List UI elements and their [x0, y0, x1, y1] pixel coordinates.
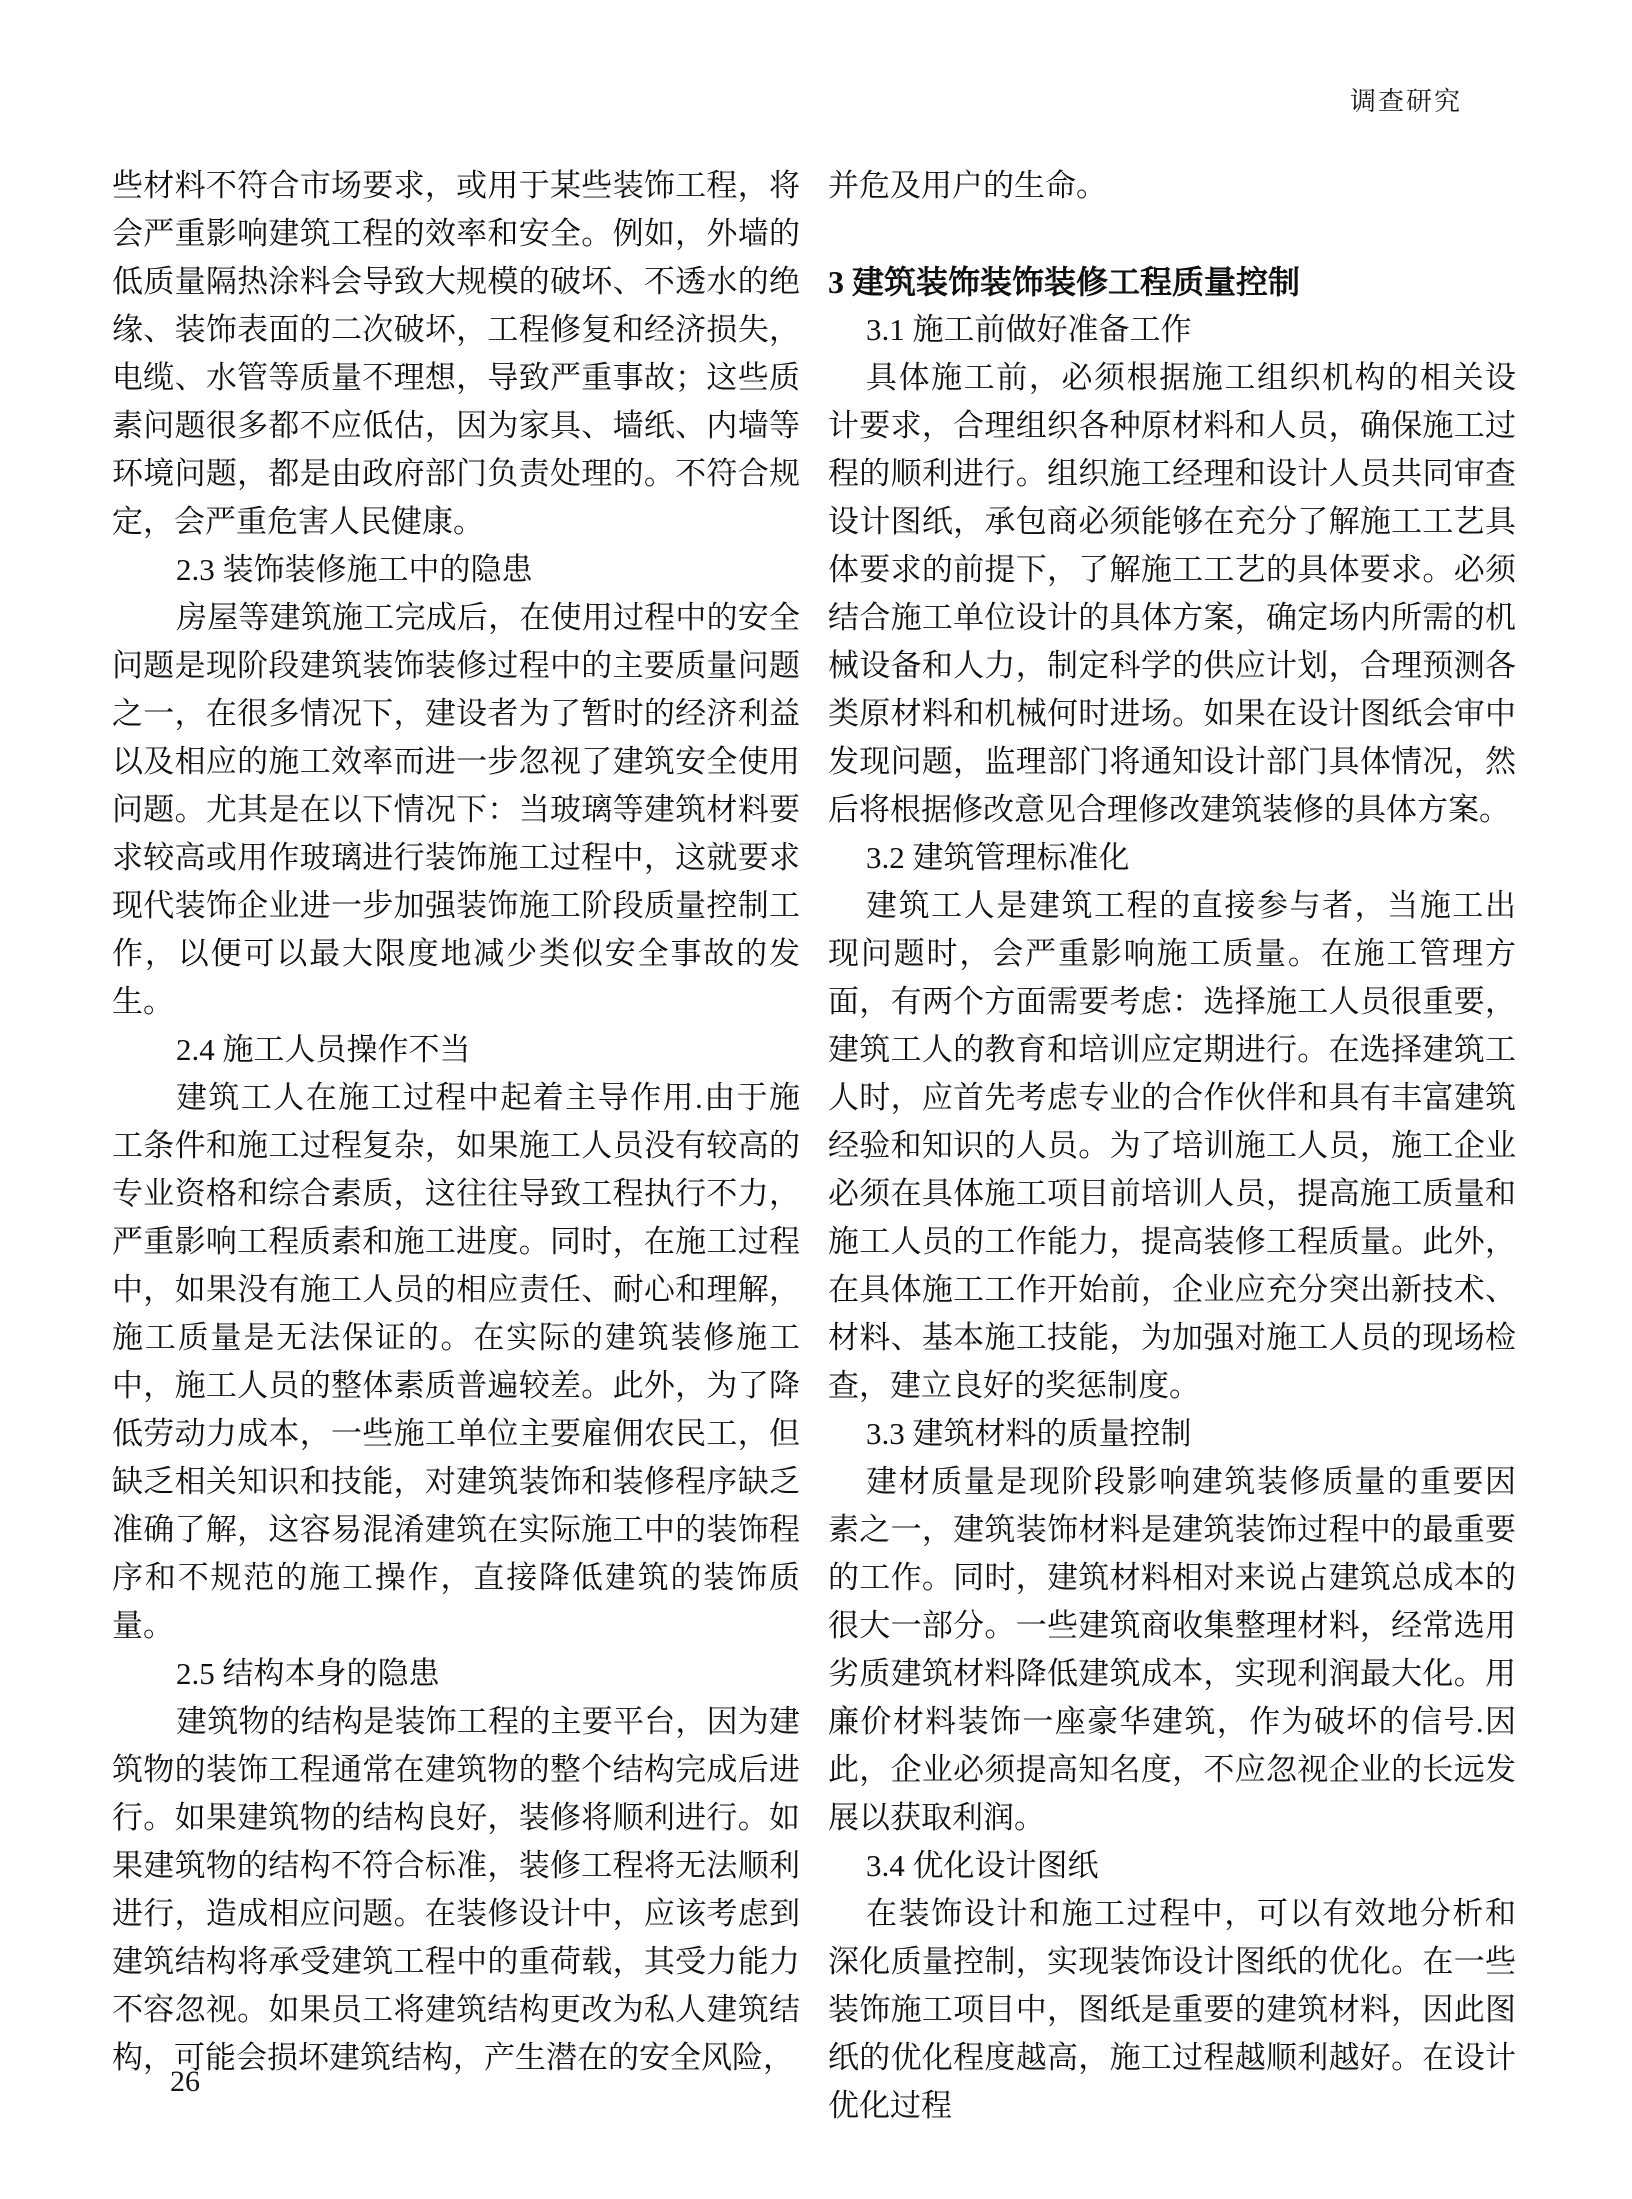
right-column: 并危及用户的生命。 3 建筑装饰装饰装修工程质量控制 3.1 施工前做好准备工作…: [828, 162, 1516, 2130]
section-heading-2-5: 2.5 结构本身的隐患: [112, 1650, 800, 1698]
section-heading-3-3: 3.3 建筑材料的质量控制: [828, 1410, 1516, 1458]
left-column: 些材料不符合市场要求，或用于某些装饰工程，将会严重影响建筑工程的效率和安全。例如…: [112, 162, 800, 2130]
section-heading-3-2: 3.2 建筑管理标准化: [828, 834, 1516, 882]
section-heading-2-4: 2.4 施工人员操作不当: [112, 1026, 800, 1074]
paragraph: 建材质量是现阶段影响建筑装修质量的重要因素之一，建筑装饰材料是建筑装饰过程中的最…: [828, 1458, 1516, 1842]
paragraph: 建筑工人在施工过程中起着主导作用.由于施工条件和施工过程复杂，如果施工人员没有较…: [112, 1074, 800, 1650]
running-header-text: 调查研究: [1350, 87, 1462, 116]
section-heading-3-1: 3.1 施工前做好准备工作: [828, 306, 1516, 354]
chapter-heading-3: 3 建筑装饰装饰装修工程质量控制: [828, 258, 1516, 306]
paragraph: 建筑工人是建筑工程的直接参与者，当施工出现问题时，会严重影响施工质量。在施工管理…: [828, 882, 1516, 1410]
paragraph: 房屋等建筑施工完成后，在使用过程中的安全问题是现阶段建筑装饰装修过程中的主要质量…: [112, 594, 800, 1026]
paragraph: 具体施工前，必须根据施工组织机构的相关设计要求，合理组织各种原材料和人员，确保施…: [828, 354, 1516, 834]
document-page: 调查研究 些材料不符合市场要求，或用于某些装饰工程，将会严重影响建筑工程的效率和…: [0, 0, 1632, 2199]
page-number: 26: [170, 2064, 200, 2100]
running-header: 调查研究: [1350, 87, 1462, 117]
paragraph-continuation: 并危及用户的生命。: [828, 162, 1516, 210]
text-columns: 些材料不符合市场要求，或用于某些装饰工程，将会严重影响建筑工程的效率和安全。例如…: [112, 162, 1516, 2130]
paragraph: 建筑物的结构是装饰工程的主要平台，因为建筑物的装饰工程通常在建筑物的整个结构完成…: [112, 1698, 800, 2082]
paragraph: 在装饰设计和施工过程中，可以有效地分析和深化质量控制，实现装饰设计图纸的优化。在…: [828, 1890, 1516, 2130]
section-heading-3-4: 3.4 优化设计图纸: [828, 1842, 1516, 1890]
paragraph-continuation: 些材料不符合市场要求，或用于某些装饰工程，将会严重影响建筑工程的效率和安全。例如…: [112, 162, 800, 546]
section-heading-2-3: 2.3 装饰装修施工中的隐患: [112, 546, 800, 594]
